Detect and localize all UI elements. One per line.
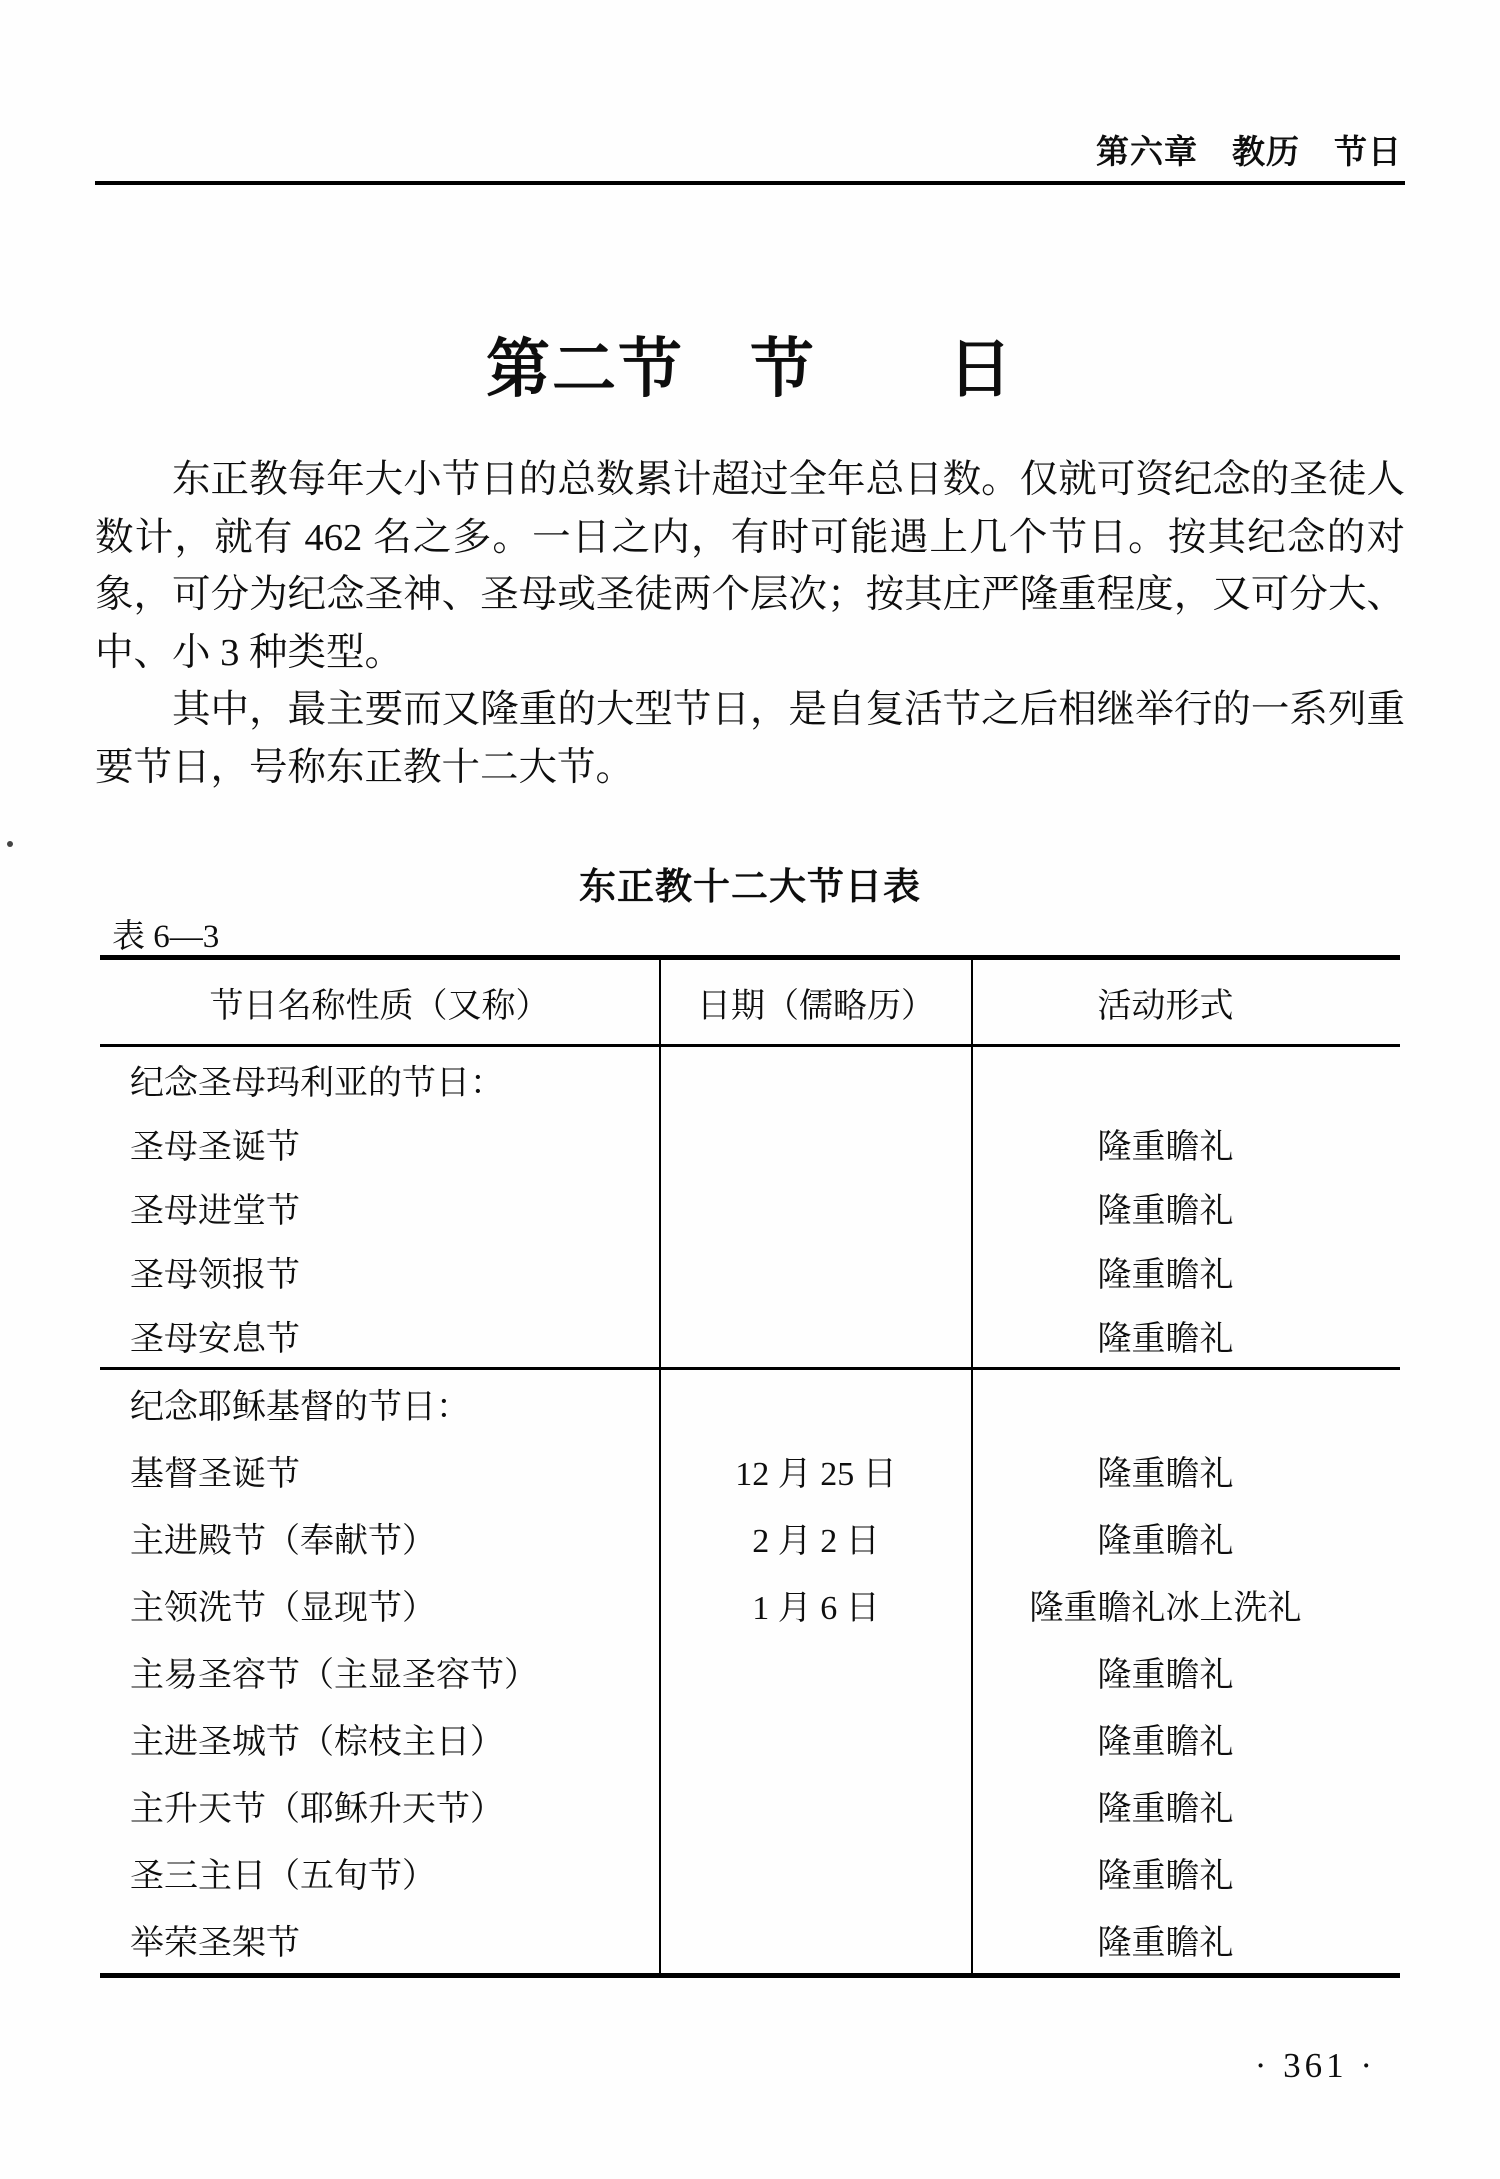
cell-name: 主升天节（耶稣升天节）	[100, 1772, 659, 1839]
table-label: 表 6—3	[112, 910, 219, 957]
table-header-row: 节日名称性质（又称） 日期（儒略历） 活动形式	[100, 960, 1400, 1047]
cell-date	[659, 1175, 971, 1239]
cell-date	[659, 1772, 971, 1839]
cell-date	[659, 1047, 971, 1111]
cell-date: 2 月 2 日	[659, 1504, 971, 1571]
cell-activity: 隆重瞻礼	[971, 1111, 1400, 1175]
cell-date	[659, 1111, 971, 1175]
festival-table: 节日名称性质（又称） 日期（儒略历） 活动形式 纪念圣母玛利亚的节日： 圣母圣诞…	[100, 955, 1400, 1978]
table-section-header-row: 纪念耶稣基督的节日：	[100, 1367, 1400, 1437]
section-header-label: 纪念圣母玛利亚的节日：	[100, 1047, 659, 1111]
cell-name: 圣母进堂节	[100, 1175, 659, 1239]
cell-date	[659, 1638, 971, 1705]
cell-activity	[971, 1047, 1400, 1111]
column-header-date: 日期（儒略历）	[659, 960, 971, 1044]
cell-activity: 隆重瞻礼	[971, 1772, 1400, 1839]
cell-activity: 隆重瞻礼	[971, 1303, 1400, 1367]
running-header: 第六章 教历 节日	[1096, 126, 1402, 173]
paragraph-line: 中、小 3 种类型。	[95, 625, 1405, 683]
cell-name: 圣母圣诞节	[100, 1111, 659, 1175]
table-caption: 东正教十二大节日表	[0, 856, 1500, 910]
cell-activity: 隆重瞻礼	[971, 1906, 1400, 1973]
table-row: 主领洗节（显现节） 1 月 6 日 隆重瞻礼冰上洗礼	[100, 1571, 1400, 1638]
paragraph-line: 数计，就有 462 名之多。一日之内，有时可能遇上几个节日。按其纪念的对	[95, 510, 1405, 568]
table-row: 主易圣容节（主显圣容节） 隆重瞻礼	[100, 1638, 1400, 1705]
cell-date	[659, 1370, 971, 1437]
table-row: 圣三主日（五旬节） 隆重瞻礼	[100, 1839, 1400, 1906]
cell-date: 1 月 6 日	[659, 1571, 971, 1638]
cell-date	[659, 1705, 971, 1772]
section-header-label: 纪念耶稣基督的节日：	[100, 1370, 659, 1437]
cell-name: 圣母领报节	[100, 1239, 659, 1303]
cell-activity: 隆重瞻礼	[971, 1437, 1400, 1504]
header-rule	[95, 181, 1405, 185]
cell-name: 基督圣诞节	[100, 1437, 659, 1504]
table-row: 主进殿节（奉献节） 2 月 2 日 隆重瞻礼	[100, 1504, 1400, 1571]
cell-activity: 隆重瞻礼冰上洗礼	[971, 1571, 1400, 1638]
table-row: 主升天节（耶稣升天节） 隆重瞻礼	[100, 1772, 1400, 1839]
column-header-activity: 活动形式	[971, 960, 1400, 1044]
table-row: 圣母进堂节 隆重瞻礼	[100, 1175, 1400, 1239]
cell-activity: 隆重瞻礼	[971, 1839, 1400, 1906]
cell-activity	[971, 1370, 1400, 1437]
margin-speck	[7, 841, 13, 847]
cell-name: 主易圣容节（主显圣容节）	[100, 1638, 659, 1705]
table-row: 举荣圣架节 隆重瞻礼	[100, 1906, 1400, 1973]
table-row: 圣母安息节 隆重瞻礼	[100, 1303, 1400, 1367]
column-header-name: 节日名称性质（又称）	[100, 960, 659, 1044]
cell-activity: 隆重瞻礼	[971, 1638, 1400, 1705]
table-row: 基督圣诞节 12 月 25 日 隆重瞻礼	[100, 1437, 1400, 1504]
cell-date	[659, 1303, 971, 1367]
page-number: · 361 ·	[1255, 2046, 1376, 2086]
table-row: 圣母圣诞节 隆重瞻礼	[100, 1111, 1400, 1175]
paragraph-line: 要节日，号称东正教十二大节。	[95, 740, 1405, 798]
cell-date	[659, 1906, 971, 1973]
section-title: 第二节 节 日	[0, 318, 1500, 410]
cell-date	[659, 1239, 971, 1303]
paragraph-line: 其中，最主要而又隆重的大型节日，是自复活节之后相继举行的一系列重	[95, 682, 1405, 740]
table-row: 圣母领报节 隆重瞻礼	[100, 1239, 1400, 1303]
paragraph-line: 象，可分为纪念圣神、圣母或圣徒两个层次；按其庄严隆重程度，又可分大、	[95, 567, 1405, 625]
cell-activity: 隆重瞻礼	[971, 1175, 1400, 1239]
cell-date: 12 月 25 日	[659, 1437, 971, 1504]
paragraph-line: 东正教每年大小节日的总数累计超过全年总日数。仅就可资纪念的圣徒人	[95, 452, 1405, 510]
cell-date	[659, 1839, 971, 1906]
cell-activity: 隆重瞻礼	[971, 1705, 1400, 1772]
table-section-header-row: 纪念圣母玛利亚的节日：	[100, 1047, 1400, 1111]
cell-activity: 隆重瞻礼	[971, 1239, 1400, 1303]
body-text: 东正教每年大小节日的总数累计超过全年总日数。仅就可资纪念的圣徒人 数计，就有 4…	[95, 452, 1405, 797]
cell-name: 主进殿节（奉献节）	[100, 1504, 659, 1571]
cell-name: 举荣圣架节	[100, 1906, 659, 1973]
table-row: 主进圣城节（棕枝主日） 隆重瞻礼	[100, 1705, 1400, 1772]
cell-activity: 隆重瞻礼	[971, 1504, 1400, 1571]
cell-name: 圣母安息节	[100, 1303, 659, 1367]
cell-name: 主进圣城节（棕枝主日）	[100, 1705, 659, 1772]
book-page: 第六章 教历 节日 第二节 节 日 东正教每年大小节日的总数累计超过全年总日数。…	[0, 0, 1500, 2179]
cell-name: 主领洗节（显现节）	[100, 1571, 659, 1638]
cell-name: 圣三主日（五旬节）	[100, 1839, 659, 1906]
